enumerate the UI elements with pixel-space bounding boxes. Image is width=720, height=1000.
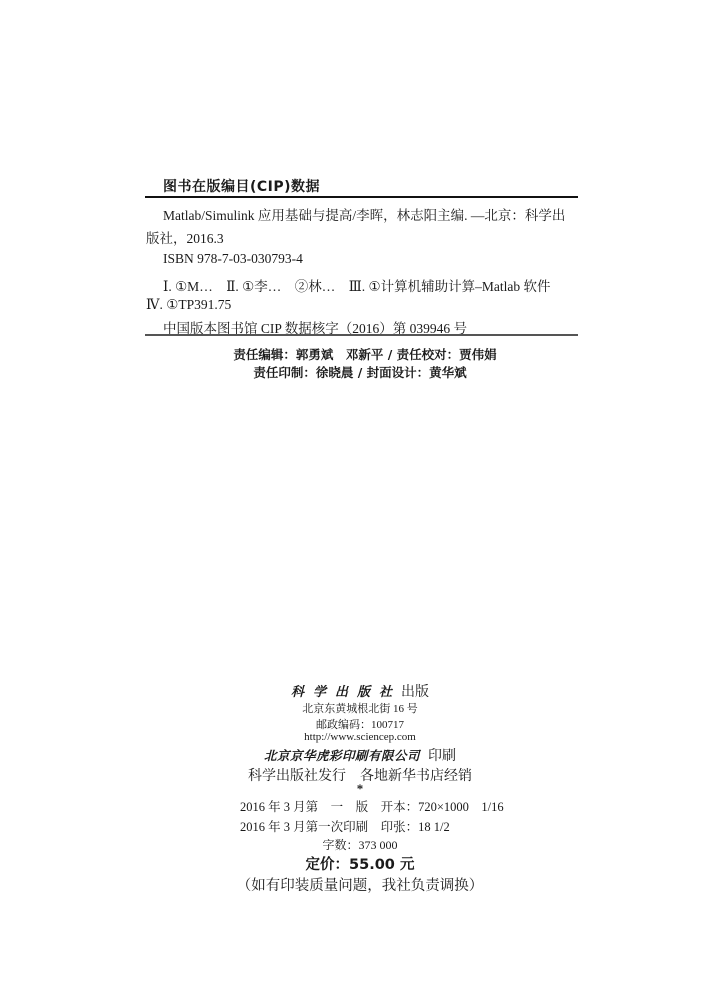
cip-subject-line-2: Ⅳ. ①TP391.75 [146,297,231,313]
cip-bibliographic-line-2: 版社，2016.3 [146,227,224,247]
price: 定价：55.00 元 [0,853,720,874]
cip-subject-line-1: Ⅰ. ①M… Ⅱ. ①李… ②林… Ⅲ. ①计算机辅助计算–Matlab 软件 [163,275,550,295]
edition-line: 2016 年 3 月第 一 版 开本：720×1000 1/16 [240,797,504,815]
printer-suffix: 印刷 [428,749,456,764]
publisher-suffix: 出版 [401,685,429,700]
publisher-postcode: 邮政编码：100717 [0,716,720,732]
publisher-url: http://www.sciencep.com [0,731,720,743]
cip-bottom-rule [145,334,578,336]
word-count: 字数：373 000 [0,836,720,853]
quality-notice: （如有印装质量问题，我社负责调换） [0,874,720,895]
cip-top-rule [145,196,578,198]
printer-name: 北京京华虎彩印刷有限公司 [264,749,420,763]
cip-isbn: ISBN 978-7-03-030793-4 [163,251,303,267]
publisher-line: 科学出版社出版 [0,681,720,701]
cip-bibliographic-line-1: Matlab/Simulink 应用基础与提高/李晖，林志阳主编. —北京：科学… [163,204,565,224]
publisher-name: 科学出版社 [291,684,401,699]
credits-editors: 责任编辑：郭勇斌 邓新平 / 责任校对：贾伟娟 [0,345,720,363]
separator-star: * [0,781,720,797]
printing-line: 2016 年 3 月第一次印刷 印张：18 1/2 [240,817,450,835]
printer-line: 北京京华虎彩印刷有限公司印刷 [0,745,720,765]
cip-title: 图书在版编目(CIP)数据 [163,176,320,196]
credits-production: 责任印制：徐晓晨 / 封面设计：黄华斌 [0,363,720,381]
publisher-address: 北京东黄城根北街 16 号 [0,700,720,716]
